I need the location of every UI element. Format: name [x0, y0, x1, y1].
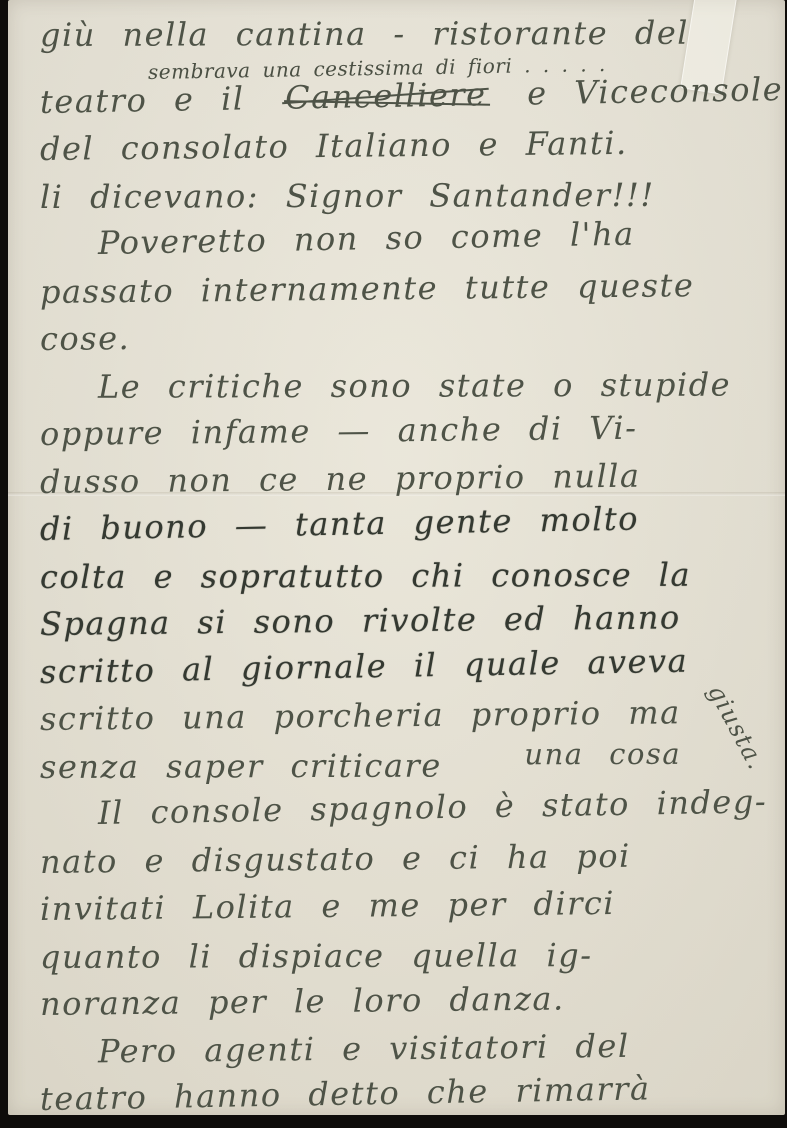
margin-note: una cosa — [524, 736, 681, 771]
line-text: senza saper criticare — [40, 746, 442, 785]
handwritten-line: giù nella cantina - ristorante del — [40, 9, 775, 59]
handwriting-block: giù nella cantina - ristorante del sembr… — [40, 12, 775, 1124]
handwritten-line: invitati Lolita e me per dirci — [40, 878, 775, 933]
handwritten-line: noranza per le loro danza. — [40, 973, 775, 1028]
handwritten-line: del consolato Italiano e Fanti. — [40, 118, 775, 173]
handwritten-line: scritto una porcheria proprio ma — [40, 688, 775, 743]
line-text: teatro e il — [40, 79, 245, 121]
handwritten-line: cose. — [40, 308, 775, 363]
handwritten-line: nato e disgustato e ci ha poi — [40, 831, 775, 886]
letter-page: giù nella cantina - ristorante del sembr… — [8, 0, 785, 1115]
handwritten-line: passato internamente tutte queste — [40, 261, 775, 316]
line-text: e Viceconsole — [527, 70, 784, 112]
photo-background: giù nella cantina - ristorante del sembr… — [0, 0, 787, 1128]
handwritten-line: oppure infame — anche di Vi- — [40, 403, 775, 458]
crossed-out-word: Cancelliere — [285, 71, 487, 122]
